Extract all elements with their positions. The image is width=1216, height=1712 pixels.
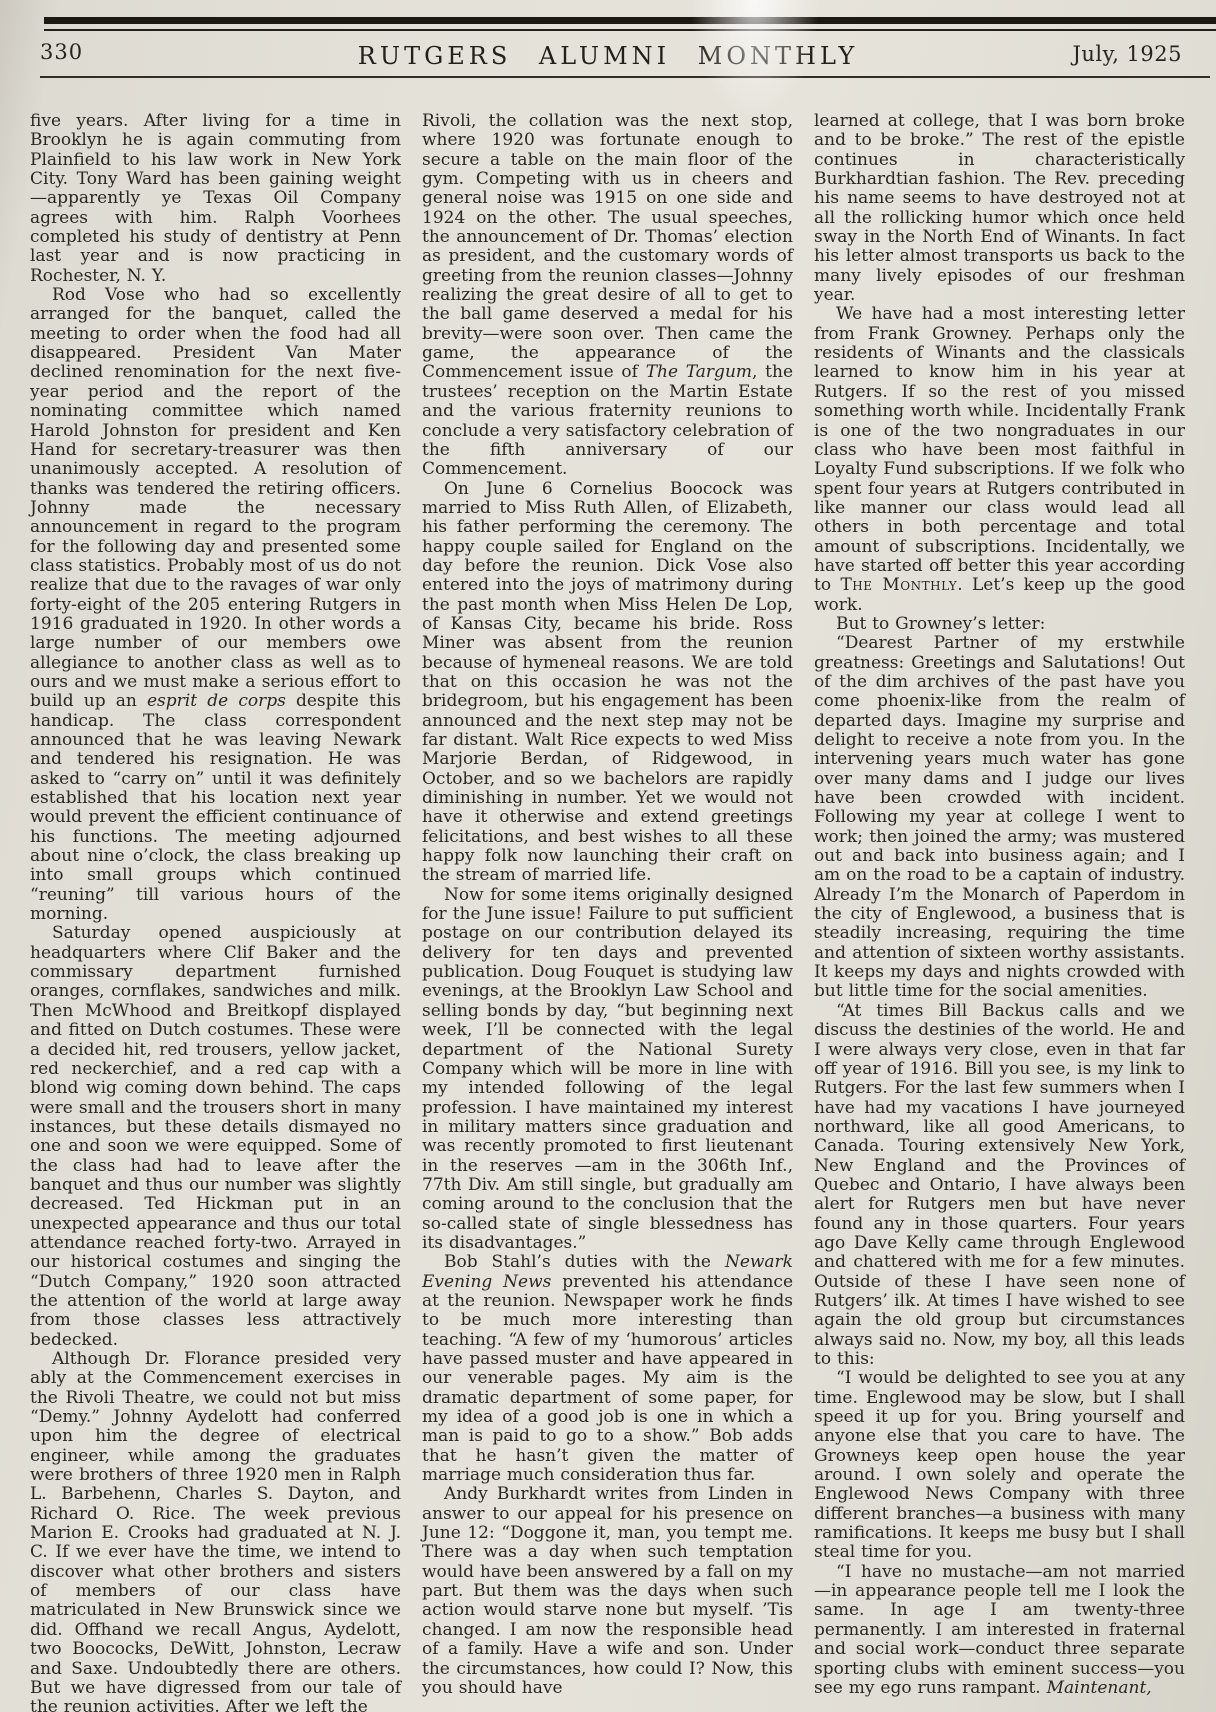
paragraph: On June 6 Cornelius Boocock was married … <box>422 480 793 886</box>
paragraph: five years. After living for a time in B… <box>30 112 401 286</box>
body-text: On June 6 Cornelius Boocock was married … <box>422 479 793 886</box>
paragraph: Bob Stahl’s duties with the Newark Eveni… <box>422 1253 793 1485</box>
paragraph: “I would be delighted to see you at any … <box>814 1369 1185 1562</box>
body-text: “I would be delighted to see you at any … <box>814 1368 1185 1562</box>
body-text: despite this handicap. The class corresp… <box>30 691 401 924</box>
column-1: five years. After living for a time in B… <box>30 112 401 1712</box>
top-rule-thick <box>44 17 1216 24</box>
body-text: Although Dr. Florance presided very ably… <box>30 1349 401 1712</box>
body-text: We have had a most interesting letter fr… <box>814 304 1185 595</box>
italic-text: esprit de corps <box>147 691 286 711</box>
paragraph: “At times Bill Backus calls and we discu… <box>814 1002 1185 1370</box>
header-divider-rule <box>40 76 1210 78</box>
paragraph: “Dearest Partner of my erstwhile greatne… <box>814 634 1185 1002</box>
body-text: prevented his attendance at the reunion.… <box>422 1272 793 1485</box>
issue-date: July, 1925 <box>1072 42 1182 66</box>
italic-text: Maintenant, <box>1047 1678 1152 1698</box>
column-3: learned at college, that I was born brok… <box>814 112 1185 1698</box>
paragraph: Saturday opened auspiciously at headquar… <box>30 924 401 1350</box>
body-text: “At times Bill Backus calls and we discu… <box>814 1001 1185 1369</box>
italic-text: The Targum <box>646 362 752 382</box>
paragraph: learned at college, that I was born brok… <box>814 112 1185 305</box>
paragraph: Rivoli, the collation was the next stop,… <box>422 112 793 480</box>
paragraph: But to Growney’s letter: <box>814 615 1185 634</box>
body-text: Bob Stahl’s duties with the <box>444 1252 725 1272</box>
body-text: Andy Burkhardt writes from Linden in ans… <box>422 1484 793 1697</box>
magazine-page: 330 RUTGERS ALUMNI MONTHLY July, 1925 fi… <box>0 0 1216 1712</box>
body-text: learned at college, that I was born brok… <box>814 111 1185 305</box>
body-text: five years. After living for a time in B… <box>30 111 401 286</box>
body-text: Saturday opened auspiciously at headquar… <box>30 923 401 1349</box>
body-text: Rod Vose who had so excellently arranged… <box>30 285 401 711</box>
paragraph: Now for some items originally designed f… <box>422 886 793 1254</box>
top-rule-thin <box>44 29 1216 31</box>
body-text: “Dearest Partner of my erstwhile greatne… <box>814 633 1185 1001</box>
paragraph: Rod Vose who had so excellently arranged… <box>30 286 401 924</box>
column-2: Rivoli, the collation was the next stop,… <box>422 112 793 1698</box>
body-text: Rivoli, the collation was the next stop,… <box>422 111 793 382</box>
journal-title: RUTGERS ALUMNI MONTHLY <box>0 42 1216 70</box>
paragraph: “I have no mustache—am not married —in a… <box>814 1563 1185 1698</box>
text-columns: five years. After living for a time in B… <box>30 112 1186 1712</box>
body-text: Now for some items originally designed f… <box>422 885 793 1253</box>
paragraph: Although Dr. Florance presided very ably… <box>30 1350 401 1712</box>
smallcaps-text: The Monthly <box>840 575 957 595</box>
paragraph: We have had a most interesting letter fr… <box>814 305 1185 615</box>
paragraph: Andy Burkhardt writes from Linden in ans… <box>422 1485 793 1698</box>
body-text: But to Growney’s letter: <box>836 614 1045 634</box>
